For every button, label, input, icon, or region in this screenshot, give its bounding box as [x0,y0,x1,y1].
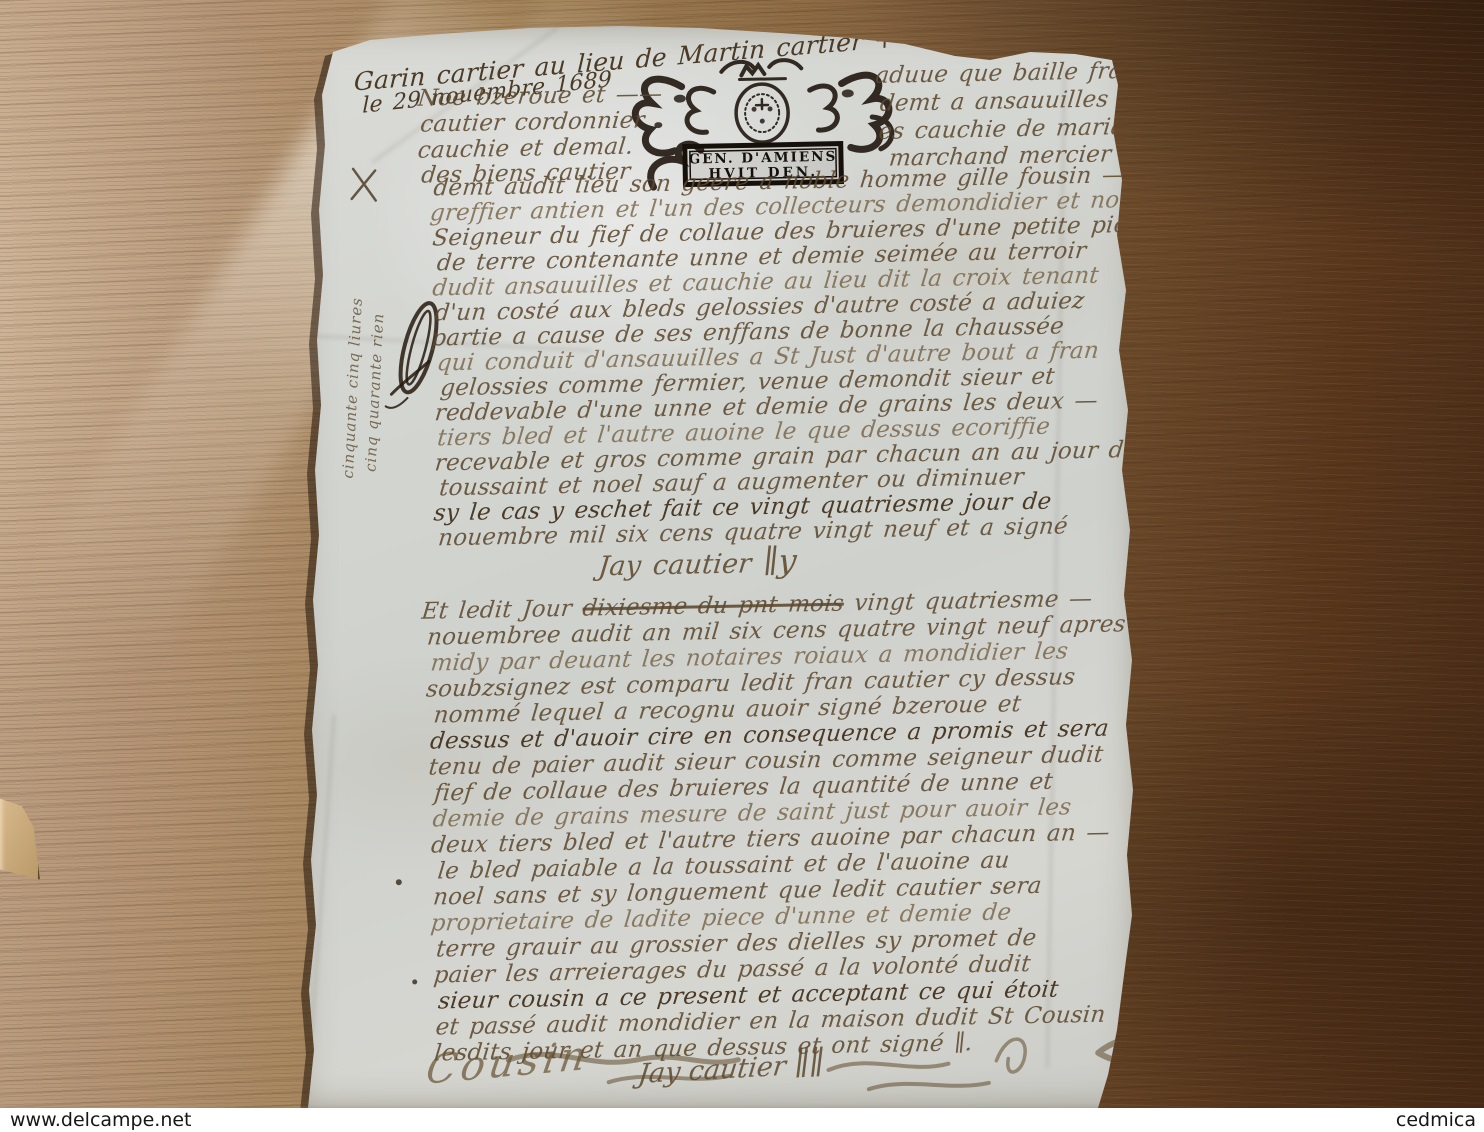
watermark-bar: www.delcampe.net cedmica [0,1108,1484,1132]
watermark-site-text: www.delcampe.net [10,1109,192,1131]
handwriting-layer: Garin cartier au lieu de Martin cartier … [288,16,1149,1116]
para2-lead: Et ledit Jour [420,596,584,625]
card-corner [0,794,42,886]
manuscript-line: aduue que baille fran [874,60,1138,88]
photo-of-manuscript: Garin cartier au lieu de Martin cartier … [0,0,1484,1132]
manuscript-line: Noe bzeroue et —— [417,83,664,111]
attestation-text: Jay cautier [597,548,753,582]
manuscript-line: es cauchie de mariage [877,116,1154,144]
manuscript-line: demt a ansauuilles et [879,88,1144,116]
manuscript-page: Garin cartier au lieu de Martin cartier … [298,24,1138,1108]
manuscript-line: cautier cordonnier [419,109,646,136]
watermark-seller-text: cedmica [1396,1109,1476,1131]
attestation-line: Jay cautier ∥y [597,544,798,580]
attestation-paraph: ∥y [761,541,798,580]
signature-paraph: ∥∥ [792,1043,826,1083]
